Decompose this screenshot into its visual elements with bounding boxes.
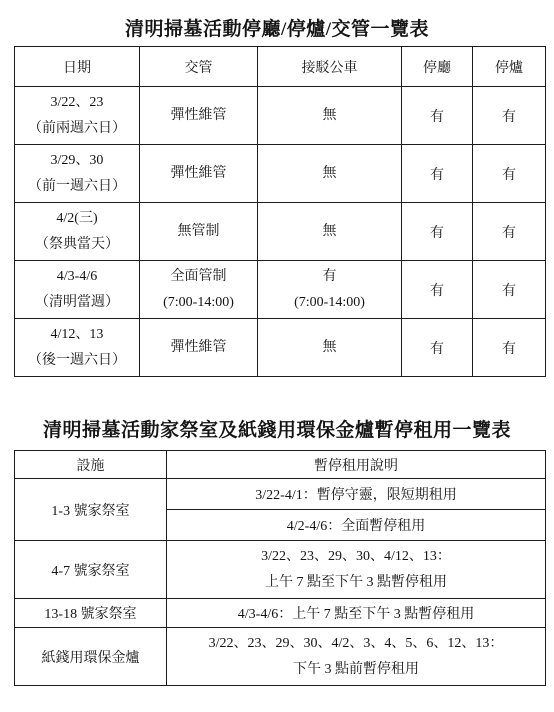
shuttle-cell: 有 (7:00-14:00) (258, 261, 402, 319)
note-cell: 3/22-4/1：暫停守靈，限短期租用 (167, 479, 546, 510)
note-cell: 3/22、23、29、30、4/2、3、4、5、6、12、13： 下午 3 點前… (167, 628, 546, 686)
column-header-furnace: 停爐 (473, 47, 546, 87)
column-header-note: 暫停租用說明 (167, 451, 546, 479)
shuttle-cell: 無 (258, 319, 402, 377)
shuttle-cell: 無 (258, 203, 402, 261)
date-line1: 4/3-4/6 (17, 264, 137, 290)
facility-cell: 紙錢用環保金爐 (15, 628, 167, 686)
hall-cell: 有 (402, 145, 473, 203)
table-row: 3/29、30 （前一週六日） 彈性維管 無 有 有 (15, 145, 546, 203)
rental-table-title: 清明掃墓活動家祭室及紙錢用環保金爐暫停租用一覽表 (0, 415, 554, 442)
traffic-value: 彈性維管 (142, 339, 255, 357)
traffic-line1: 全面管制 (142, 264, 255, 290)
date-line1: 4/12、13 (17, 322, 137, 348)
shuttle-value: 無 (260, 223, 399, 241)
table-row: 4/12、13 （後一週六日） 彈性維管 無 有 有 (15, 319, 546, 377)
table-row: 3/22、23 （前兩週六日） 彈性維管 無 有 有 (15, 87, 546, 145)
date-cell: 4/12、13 （後一週六日） (15, 319, 140, 377)
column-header-shuttle: 接駁公車 (258, 47, 402, 87)
note-line2: 上午 7 點至下午 3 點暫停租用 (169, 570, 543, 596)
column-header-hall: 停廳 (402, 47, 473, 87)
shuttle-cell: 無 (258, 87, 402, 145)
column-header-traffic: 交管 (140, 47, 258, 87)
shuttle-value: 無 (260, 107, 399, 125)
rental-table: 設施 暫停租用說明 1-3 號家祭室 3/22-4/1：暫停守靈，限短期租用 4… (14, 450, 546, 686)
shuttle-value: 無 (260, 165, 399, 183)
traffic-cell: 彈性維管 (140, 319, 258, 377)
table-row: 13-18 號家祭室 4/3-4/6：上午 7 點至下午 3 點暫停租用 (15, 599, 546, 628)
traffic-cell: 彈性維管 (140, 145, 258, 203)
note-cell: 4/2-4/6：全面暫停租用 (167, 510, 546, 541)
column-header-facility: 設施 (15, 451, 167, 479)
date-line1: 4/2(三) (17, 206, 137, 232)
date-line2: （前兩週六日） (17, 116, 137, 142)
note-line1: 3/22、23、29、30、4/12、13： (169, 544, 543, 570)
table-row: 4/2(三) （祭典當天） 無管制 無 有 有 (15, 203, 546, 261)
hall-cell: 有 (402, 203, 473, 261)
traffic-cell: 無管制 (140, 203, 258, 261)
furnace-cell: 有 (473, 261, 546, 319)
rental-table-header-row: 設施 暫停租用說明 (15, 451, 546, 479)
facility-cell: 1-3 號家祭室 (15, 479, 167, 541)
traffic-cell: 全面管制 (7:00-14:00) (140, 261, 258, 319)
date-cell: 4/2(三) （祭典當天） (15, 203, 140, 261)
hall-cell: 有 (402, 87, 473, 145)
date-cell: 3/29、30 （前一週六日） (15, 145, 140, 203)
date-line1: 3/22、23 (17, 90, 137, 116)
hall-cell: 有 (402, 319, 473, 377)
traffic-value: 彈性維管 (142, 107, 255, 125)
shuttle-value: 無 (260, 339, 399, 357)
note-line2: 下午 3 點前暫停租用 (169, 657, 543, 683)
note-line1: 3/22、23、29、30、4/2、3、4、5、6、12、13： (169, 631, 543, 657)
traffic-table-title: 清明掃墓活動停廳/停爐/交管一覽表 (0, 14, 554, 41)
column-header-date: 日期 (15, 47, 140, 87)
furnace-cell: 有 (473, 145, 546, 203)
date-line2: （祭典當天） (17, 232, 137, 258)
date-cell: 3/22、23 （前兩週六日） (15, 87, 140, 145)
table-row: 4/3-4/6 （清明當週） 全面管制 (7:00-14:00) 有 (7:00… (15, 261, 546, 319)
furnace-cell: 有 (473, 87, 546, 145)
traffic-cell: 彈性維管 (140, 87, 258, 145)
traffic-value: 彈性維管 (142, 165, 255, 183)
table-row: 1-3 號家祭室 3/22-4/1：暫停守靈，限短期租用 (15, 479, 546, 510)
facility-cell: 4-7 號家祭室 (15, 541, 167, 599)
facility-cell: 13-18 號家祭室 (15, 599, 167, 628)
date-line2: （後一週六日） (17, 348, 137, 374)
traffic-value: 無管制 (142, 223, 255, 241)
date-line2: （前一週六日） (17, 174, 137, 200)
date-line1: 3/29、30 (17, 148, 137, 174)
date-cell: 4/3-4/6 （清明當週） (15, 261, 140, 319)
hall-cell: 有 (402, 261, 473, 319)
shuttle-line1: 有 (260, 264, 399, 290)
shuttle-line2: (7:00-14:00) (260, 290, 399, 316)
traffic-table: 日期 交管 接駁公車 停廳 停爐 3/22、23 （前兩週六日） 彈性維管 無 … (14, 46, 546, 377)
note-cell: 4/3-4/6：上午 7 點至下午 3 點暫停租用 (167, 599, 546, 628)
shuttle-cell: 無 (258, 145, 402, 203)
date-line2: （清明當週） (17, 290, 137, 316)
furnace-cell: 有 (473, 203, 546, 261)
note-cell: 3/22、23、29、30、4/12、13： 上午 7 點至下午 3 點暫停租用 (167, 541, 546, 599)
traffic-table-header-row: 日期 交管 接駁公車 停廳 停爐 (15, 47, 546, 87)
table-row: 4-7 號家祭室 3/22、23、29、30、4/12、13： 上午 7 點至下… (15, 541, 546, 599)
traffic-line2: (7:00-14:00) (142, 290, 255, 316)
table-row: 紙錢用環保金爐 3/22、23、29、30、4/2、3、4、5、6、12、13：… (15, 628, 546, 686)
furnace-cell: 有 (473, 319, 546, 377)
